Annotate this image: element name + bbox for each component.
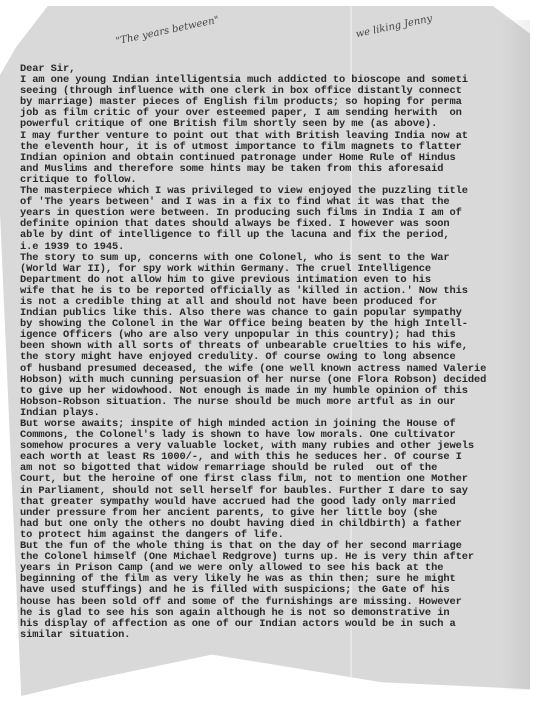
- letter-line: similar situation.: [20, 630, 540, 641]
- letter-line: in Parliament, should not sell herself f…: [20, 486, 540, 497]
- letter-line: have used stuffings) and he is filled wi…: [20, 585, 540, 596]
- letter-line: house has been sold off and some of the …: [20, 597, 540, 608]
- letter-line: I may further venture to point out that …: [20, 131, 540, 142]
- letter-line: of husband presumed deceased, the wife (…: [20, 364, 540, 375]
- typed-letter: Dear Sir, I am one young Indian intellig…: [20, 64, 540, 641]
- letter-line: the story might have enjoyed credulity. …: [20, 352, 540, 363]
- letter-line: Court, but the heroine of one first clas…: [20, 474, 540, 485]
- letter-line: i.e 1939 to 1945.: [20, 242, 540, 253]
- letter-line: powerful critique of one British film sh…: [20, 119, 540, 130]
- letter-body: I am one young Indian intelligentsia muc…: [20, 75, 540, 641]
- letter-line: able by dint of intelligence to fill up …: [20, 230, 540, 241]
